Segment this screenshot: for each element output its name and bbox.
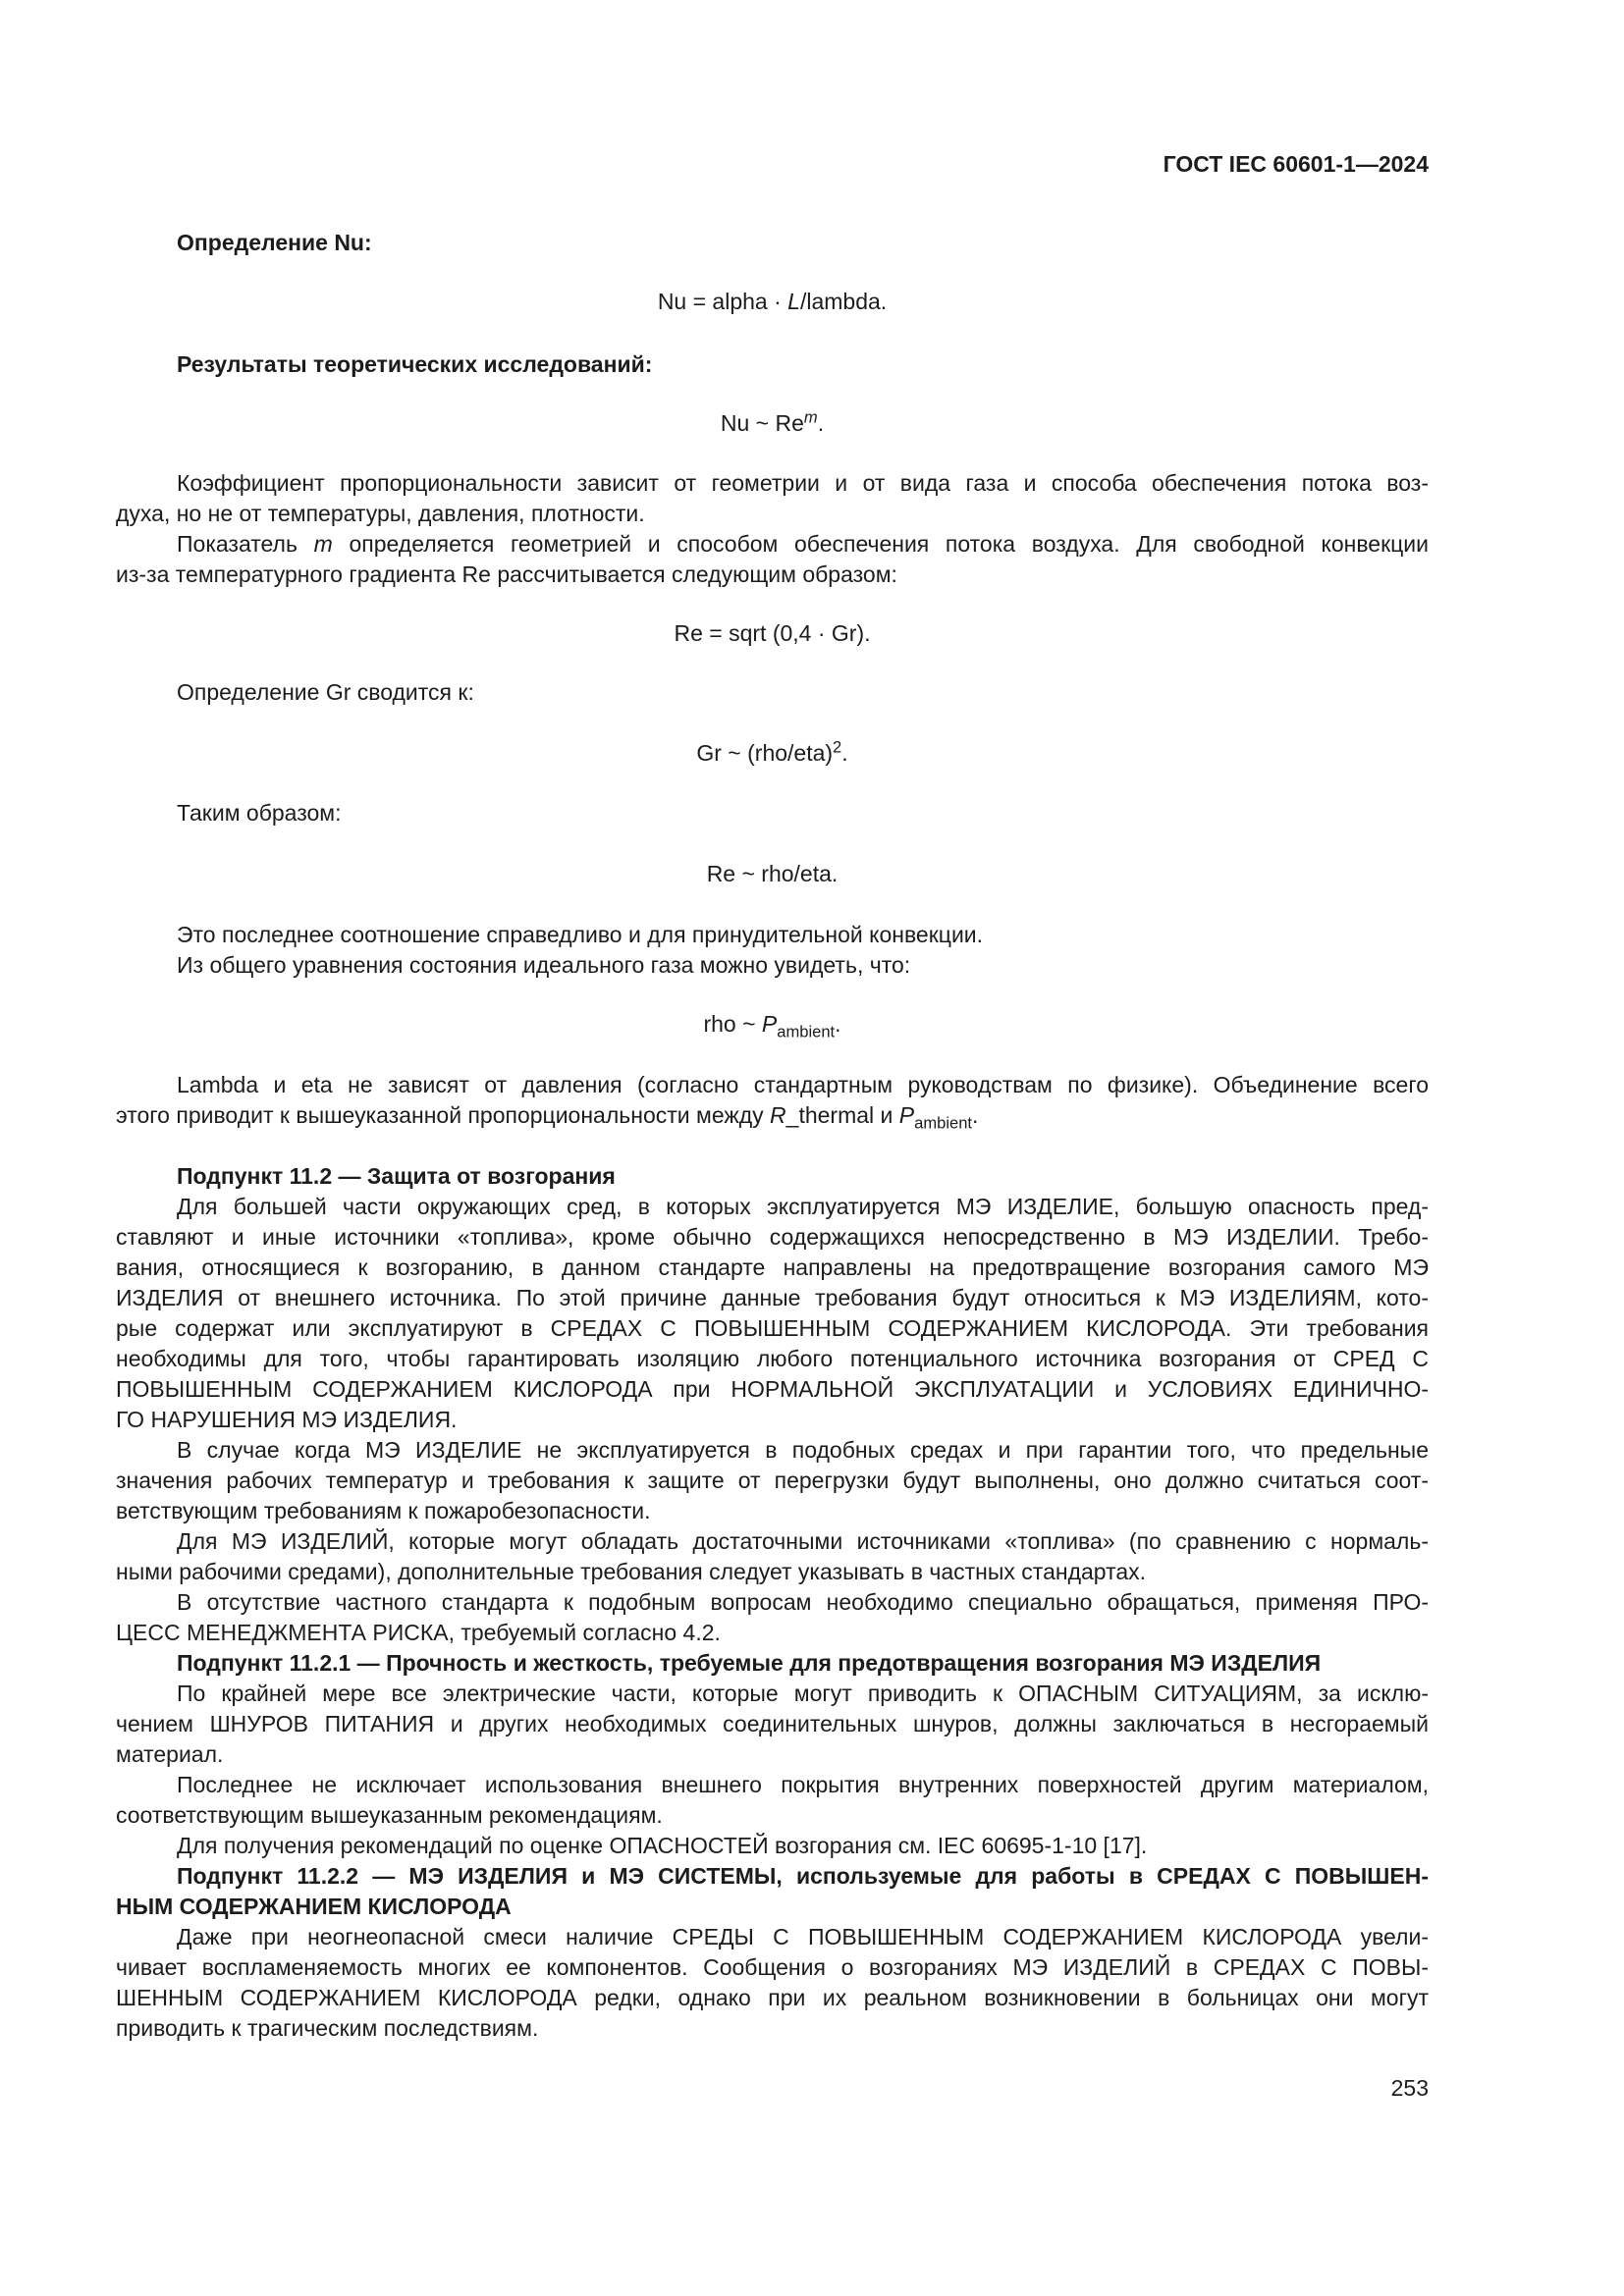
- paragraph-line: ИЗДЕЛИЯ от внешнего источника. По этой п…: [116, 1283, 1429, 1313]
- line-ideal-gas: Из общего уравнения состояния идеального…: [116, 950, 1429, 981]
- formula-text: Re ~ rho/eta.: [116, 859, 1429, 889]
- page-number-text: 253: [116, 2073, 1429, 2104]
- formula-rho-pressure: rho ~ Pambient.: [116, 1009, 1429, 1040]
- formula-re-rho: Re ~ rho/eta.: [116, 859, 1429, 889]
- formula-text: Nu = alpha · L/lambda.: [116, 287, 1429, 317]
- paragraph-line: Даже при неогнеопасной смеси наличие СРЕ…: [116, 1922, 1429, 1952]
- paragraph-oxygen-1: Даже при неогнеопасной смеси наличие СРЕ…: [116, 1922, 1429, 2044]
- formula-text: Gr ~ (rho/eta)2.: [116, 738, 1429, 769]
- paragraph-line: Для получения рекомендаций по оценке ОПА…: [116, 1831, 1429, 1861]
- section-heading-11-2: Подпункт 11.2 — Защита от возгорания: [116, 1161, 1429, 1192]
- paragraph-line: чивает воспламеняемость многих ее компон…: [116, 1952, 1429, 1983]
- heading-text: Подпункт 11.2 — Защита от возгорания: [116, 1161, 1429, 1192]
- paragraph-line: ГО НАРУШЕНИЯ МЭ ИЗДЕЛИЯ.: [116, 1405, 1429, 1435]
- paragraph-line: Таким образом:: [116, 798, 1429, 828]
- paragraph-line: необходимы для того, чтобы гарантировать…: [116, 1344, 1429, 1374]
- line-def-gr: Определение Gr сводится к:: [116, 677, 1429, 708]
- paragraph-fire-3: Для МЭ ИЗДЕЛИЙ, которые могут обладать д…: [116, 1526, 1429, 1587]
- paragraph-line: Показатель m определяется геометрией и с…: [116, 529, 1429, 560]
- paragraph-line: В случае когда МЭ ИЗДЕЛИЕ не эксплуатиру…: [116, 1435, 1429, 1466]
- paragraph-line: В отсутствие частного стандарта к подобн…: [116, 1587, 1429, 1618]
- heading-text: Определение Nu:: [116, 228, 1429, 258]
- section-heading-def-nu: Определение Nu:: [116, 228, 1429, 258]
- paragraph-exponent: Показатель m определяется геометрией и с…: [116, 529, 1429, 590]
- heading-text: Результаты теоретических исследований:: [116, 349, 1429, 380]
- section-heading-results: Результаты теоретических исследований:: [116, 349, 1429, 380]
- paragraph-line: вания, относящиеся к возгоранию, в данно…: [116, 1253, 1429, 1283]
- line-forced-convection: Это последнее соотношение справедливо и …: [116, 920, 1429, 950]
- paragraph-line: ставляют и иные источники «топлива», кро…: [116, 1222, 1429, 1253]
- formula-nu-re: Nu ~ Rem.: [116, 408, 1429, 439]
- formula-part: rho ~: [703, 1011, 761, 1037]
- formula-part: .: [835, 1011, 840, 1037]
- formula-gr: Gr ~ (rho/eta)2.: [116, 738, 1429, 769]
- formula-part: Nu ~ Re: [721, 410, 804, 436]
- subscript-ambient: ambient: [777, 1023, 835, 1041]
- paragraph-coefficient: Коэффициент пропорциональности зависит о…: [116, 468, 1429, 529]
- paragraph-line: По крайней мере все электрические части,…: [116, 1679, 1429, 1709]
- paragraph-fire-1: Для большей части окружающих сред, в кот…: [116, 1192, 1429, 1435]
- var-P: P: [762, 1011, 777, 1037]
- paragraph-line: соответствующим вышеуказанным рекомендац…: [116, 1800, 1429, 1831]
- paragraph-line: Коэффициент пропорциональности зависит о…: [116, 468, 1429, 499]
- paragraph-line: Последнее не исключает использования вне…: [116, 1770, 1429, 1800]
- formula-re-sqrt: Re = sqrt (0,4 · Gr).: [116, 618, 1429, 649]
- var-m: m: [314, 531, 333, 557]
- paragraph-strength-3: Для получения рекомендаций по оценке ОПА…: [116, 1831, 1429, 1861]
- section-heading-11-2-2: Подпункт 11.2.2 — МЭ ИЗДЕЛИЯ и МЭ СИСТЕМ…: [116, 1861, 1429, 1922]
- paragraph-line: приводить к трагическим последствиям.: [116, 2013, 1429, 2044]
- subscript-ambient: ambient: [914, 1114, 972, 1133]
- text-part: Показатель: [177, 531, 314, 557]
- paragraph-line: значения рабочих температур и требования…: [116, 1466, 1429, 1496]
- paragraph-line: чением ШНУРОВ ПИТАНИЯ и других необходим…: [116, 1709, 1429, 1739]
- heading-text: Подпункт 11.2.2 — МЭ ИЗДЕЛИЯ и МЭ СИСТЕМ…: [116, 1861, 1429, 1892]
- formula-text: Nu ~ Rem.: [116, 408, 1429, 439]
- paragraph-line: из-за температурного градиента Re рассчи…: [116, 560, 1429, 590]
- paragraph-lambda: Lambda и eta не зависят от давления (сог…: [116, 1070, 1429, 1131]
- page-number: 253: [116, 2073, 1429, 2104]
- formula-text: Re = sqrt (0,4 · Gr).: [116, 618, 1429, 649]
- formula-part: .: [841, 740, 847, 766]
- paragraph-line: этого приводит к вышеуказанной пропорцио…: [116, 1100, 1429, 1131]
- paragraph-strength-1: По крайней мере все электрические части,…: [116, 1679, 1429, 1770]
- heading-text: НЫМ СОДЕРЖАНИЕМ КИСЛОРОДА: [116, 1892, 1429, 1922]
- document-code: ГОСТ IEC 60601-1—2024: [116, 149, 1429, 180]
- var-L: L: [787, 289, 800, 314]
- formula-part: .: [818, 410, 824, 436]
- formula-nu-definition: Nu = alpha · L/lambda.: [116, 287, 1429, 317]
- formula-part: Nu = alpha ·: [658, 289, 787, 314]
- text-part: этого приводит к вышеуказанной пропорцио…: [116, 1102, 770, 1128]
- running-header: ГОСТ IEC 60601-1—2024: [116, 149, 1429, 180]
- formula-part: Gr ~ (rho/eta): [696, 740, 833, 766]
- paragraph-line: ветствующим требованиям к пожаробезопасн…: [116, 1496, 1429, 1526]
- paragraph-fire-4: В отсутствие частного стандарта к подобн…: [116, 1587, 1429, 1648]
- paragraph-line: Для МЭ ИЗДЕЛИЙ, которые могут обладать д…: [116, 1526, 1429, 1557]
- line-thus: Таким образом:: [116, 798, 1429, 828]
- paragraph-line: ШЕННЫМ СОДЕРЖАНИЕМ КИСЛОРОДА редки, одна…: [116, 1983, 1429, 2013]
- document-page: ГОСТ IEC 60601-1—2024 Определение Nu: Nu…: [0, 0, 1624, 2296]
- formula-text: rho ~ Pambient.: [116, 1009, 1429, 1040]
- var-P: P: [899, 1102, 914, 1128]
- heading-text: Подпункт 11.2.1 — Прочность и жесткость,…: [116, 1648, 1429, 1679]
- paragraph-line: Это последнее соотношение справедливо и …: [116, 920, 1429, 950]
- paragraph-strength-2: Последнее не исключает использования вне…: [116, 1770, 1429, 1831]
- var-R: R: [770, 1102, 786, 1128]
- text-part: .: [972, 1102, 978, 1128]
- paragraph-line: Lambda и eta не зависят от давления (сог…: [116, 1070, 1429, 1100]
- exponent-2: 2: [833, 737, 841, 756]
- formula-part: /lambda.: [800, 289, 887, 314]
- paragraph-line: Для большей части окружающих сред, в кот…: [116, 1192, 1429, 1222]
- exponent-m: m: [804, 407, 818, 426]
- paragraph-line: материал.: [116, 1739, 1429, 1770]
- text-part: _thermal и: [786, 1102, 899, 1128]
- paragraph-fire-2: В случае когда МЭ ИЗДЕЛИЕ не эксплуатиру…: [116, 1435, 1429, 1526]
- paragraph-line: духа, но не от температуры, давления, пл…: [116, 499, 1429, 529]
- paragraph-line: ПОВЫШЕННЫМ СОДЕРЖАНИЕМ КИСЛОРОДА при НОР…: [116, 1374, 1429, 1405]
- text-part: определяется геометрией и способом обесп…: [333, 531, 1429, 557]
- section-heading-11-2-1: Подпункт 11.2.1 — Прочность и жесткость,…: [116, 1648, 1429, 1679]
- paragraph-line: Определение Gr сводится к:: [116, 677, 1429, 708]
- paragraph-line: ными рабочими средами), дополнительные т…: [116, 1557, 1429, 1587]
- paragraph-line: рые содержат или эксплуатируют в СРЕДАХ …: [116, 1313, 1429, 1344]
- paragraph-line: ЦЕСС МЕНЕДЖМЕНТА РИСКА, требуемый соглас…: [116, 1618, 1429, 1648]
- paragraph-line: Из общего уравнения состояния идеального…: [116, 950, 1429, 981]
